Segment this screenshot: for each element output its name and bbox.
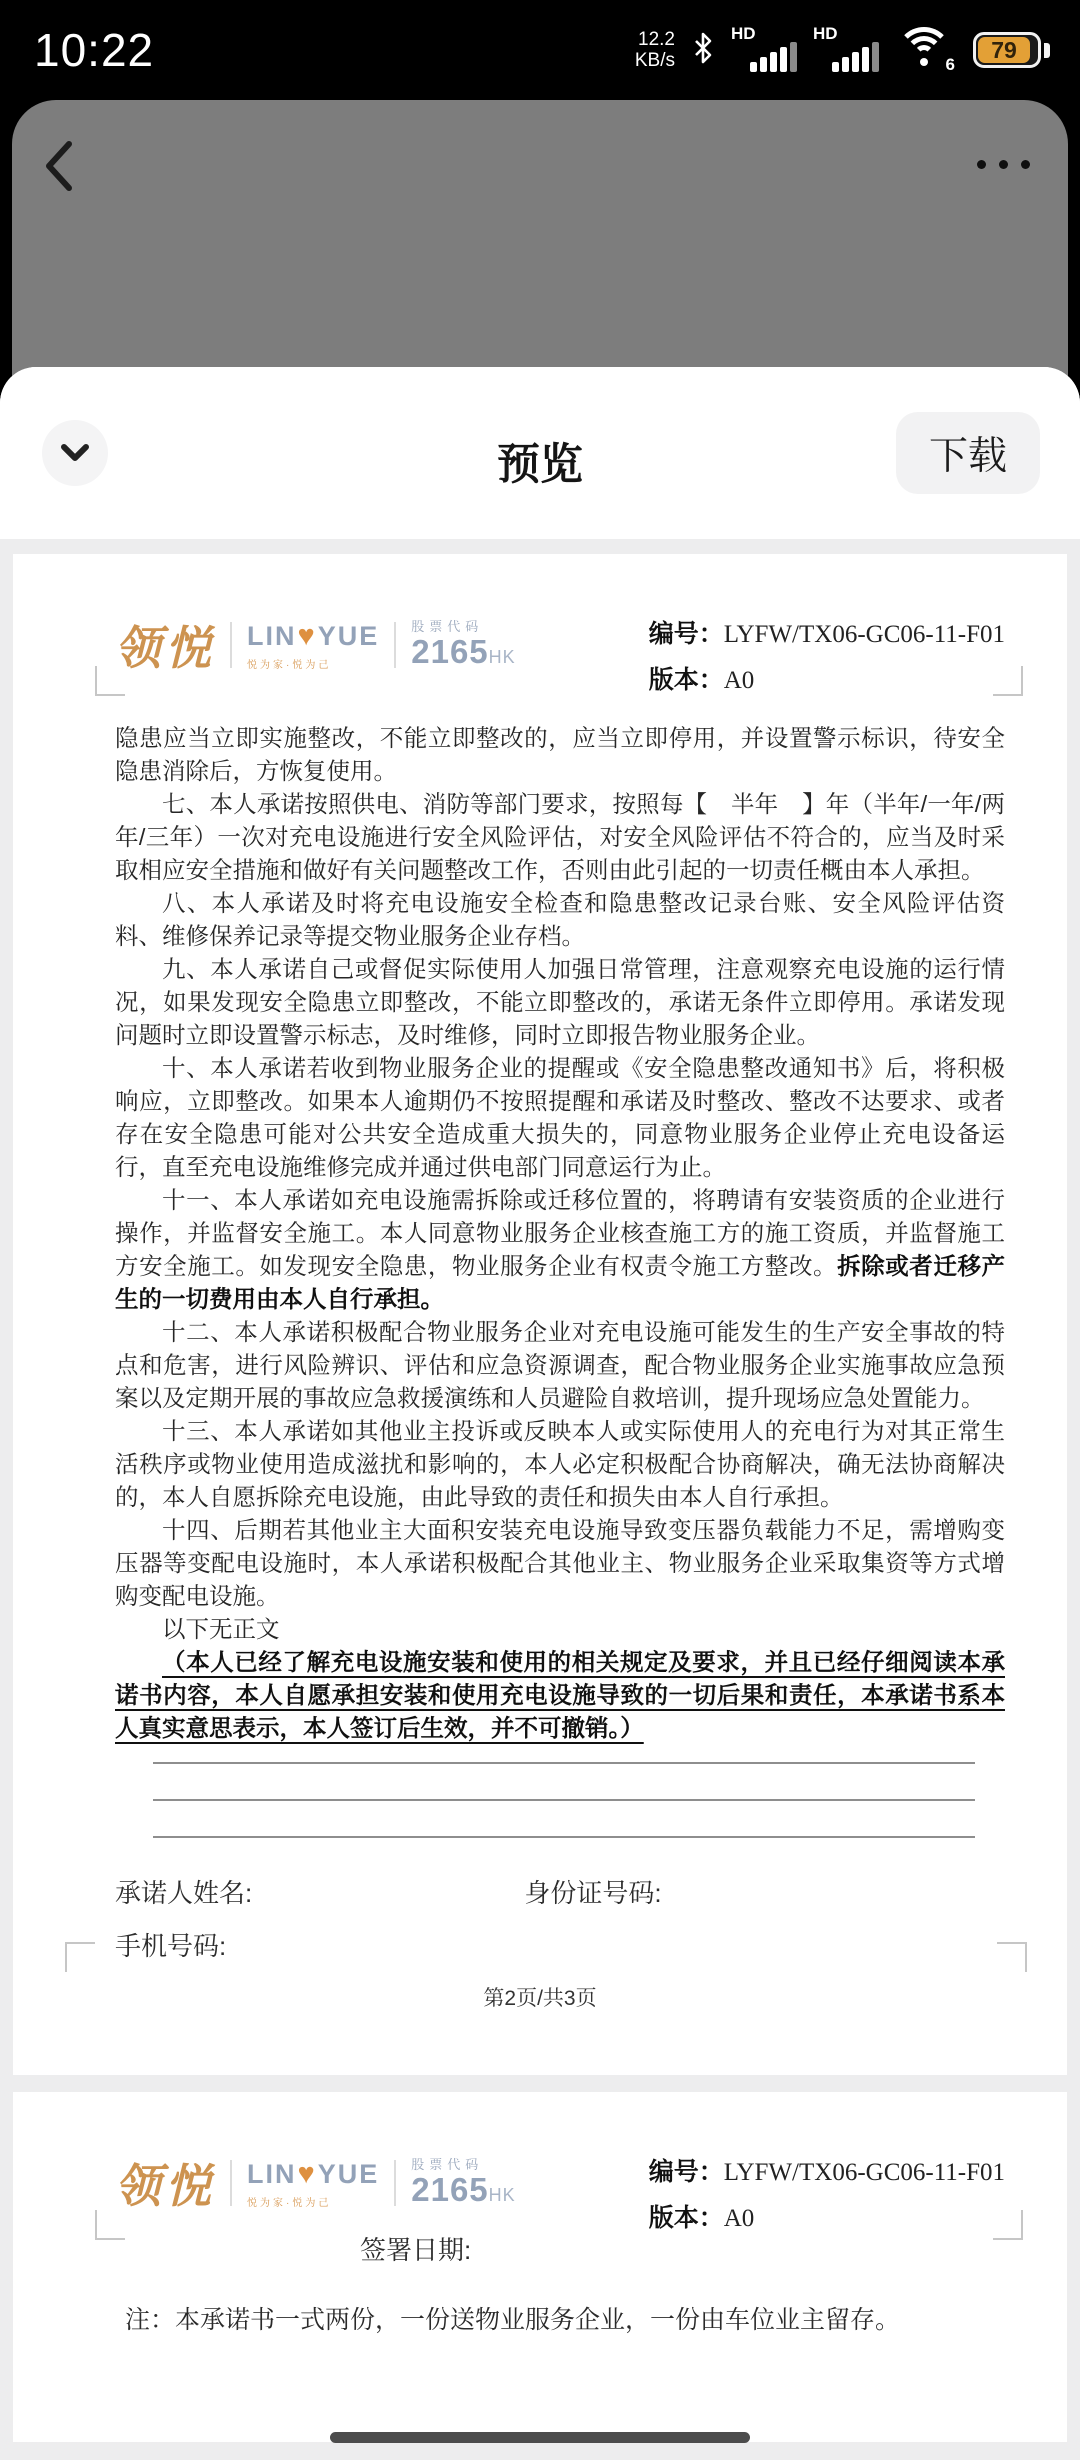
lingyue-logo: 领悦 LIN♥YUE 悦为家·悦为己 股票代码 2165HK <box>115 2150 516 2216</box>
home-indicator-bar[interactable] <box>330 2432 750 2443</box>
doc-version-label: 版本： <box>649 2198 724 2234</box>
signature-line <box>153 1836 975 1838</box>
sim1-signal-bars <box>750 42 797 72</box>
id-number-label: 身份证号码: <box>524 1873 661 1910</box>
doc-paragraph: 隐患应当立即实施整改，不能立即整改的，应当立即停用，并设置警示标识，待安全隐患消… <box>115 722 1005 788</box>
clock: 10:22 <box>34 23 154 77</box>
doc-paragraph: 十一、本人承诺如充电设施需拆除或迁移位置的，将聘请有安装资质的企业进行操作，并监… <box>115 1184 1005 1316</box>
stock-code-block: 股票代码 2165HK <box>411 2154 515 2212</box>
doc-meta: 编号：LYFW/TX06-GC06-11-F01 版本：A0 <box>649 612 1005 706</box>
doc-letterhead: 领悦 LIN♥YUE 悦为家·悦为己 股票代码 2165HK 编 <box>115 612 1005 706</box>
crop-mark <box>997 1942 1027 1972</box>
doc-letterhead: 领悦 LIN♥YUE 悦为家·悦为己 股票代码 2165HK 编 <box>115 2150 1005 2244</box>
signature-line <box>153 1762 975 1764</box>
doc-body-text: 隐患应当立即实施整改，不能立即整改的，应当立即停用，并设置警示标识，待安全隐患消… <box>115 722 1005 1745</box>
status-icons: 12.2 KB/s HD HD 6 <box>635 23 1050 77</box>
network-speed: 12.2 KB/s <box>635 29 675 71</box>
crop-mark <box>95 666 125 696</box>
back-button[interactable] <box>42 136 90 196</box>
declaration-clause: （本人已经了解充电设施安装和使用的相关规定及要求，并且已经仔细阅读本承诺书内容，… <box>115 1646 1005 1745</box>
sheet-header: 预览 下载 <box>0 367 1080 539</box>
signature-block: 承诺人姓名: 身份证号码: 手机号码: <box>115 1762 1005 1963</box>
doc-paragraph: 十、本人承诺若收到物业服务企业的提醒或《安全隐患整改通知书》后，将积极响应，立即… <box>115 1052 1005 1184</box>
heart-icon: ♥ <box>297 620 318 653</box>
logo-tagline: 悦为家·悦为己 <box>247 656 379 671</box>
doc-paragraph: 十四、后期若其他业主大面积安装充电设施导致变压器负载能力不足，需增购变压器等变配… <box>115 1514 1005 1613</box>
ellipsis-dot <box>999 160 1008 169</box>
doc-paragraph: 十三、本人承诺如其他业主投诉或反映本人或实际使用人的充电行为对其正常生活秩序或物… <box>115 1415 1005 1514</box>
battery-icon: 79 <box>973 32 1050 68</box>
more-options-button[interactable] <box>977 160 1030 169</box>
doc-version-value: A0 <box>724 667 755 695</box>
crop-mark <box>95 2210 125 2240</box>
signature-line <box>153 1799 975 1801</box>
sign-date-label: 签署日期: <box>360 2230 471 2267</box>
logo-chinese-wordmark: 领悦 <box>115 612 215 678</box>
logo-chinese-wordmark: 领悦 <box>115 2150 215 2216</box>
status-bar: 10:22 12.2 KB/s HD HD <box>0 0 1080 94</box>
sim2-hd-badge: HD <box>813 24 838 44</box>
page-number: 第2页/共3页 <box>13 1982 1067 2012</box>
promiser-name-label: 承诺人姓名: <box>115 1873 524 1910</box>
wifi6-badge: 6 <box>946 55 955 75</box>
sim2-signal-icon: HD <box>813 23 879 77</box>
sim2-signal-bars <box>832 42 879 72</box>
logo-divider <box>230 622 232 668</box>
phone-screen: 10:22 12.2 KB/s HD HD <box>0 0 1080 2460</box>
crop-mark <box>993 666 1023 696</box>
lingyue-logo: 领悦 LIN♥YUE 悦为家·悦为己 股票代码 2165HK <box>115 612 516 678</box>
logo-tagline: 悦为家·悦为己 <box>247 2194 379 2209</box>
doc-paragraph: 十二、本人承诺积极配合物业服务企业对充电设施可能发生的生产安全事故的特点和危害，… <box>115 1316 1005 1415</box>
logo-english-wordmark: LIN♥YUE <box>247 620 379 653</box>
closing-line: 以下无正文 <box>115 1613 1005 1646</box>
dimmed-background-page <box>12 100 1068 380</box>
sim1-hd-badge: HD <box>731 24 756 44</box>
doc-paragraph: 九、本人承诺自己或督促实际使用人加强日常管理，注意观察充电设施的运行情况，如果发… <box>115 953 1005 1052</box>
heart-icon: ♥ <box>297 2158 318 2191</box>
logo-divider <box>394 622 396 668</box>
download-button[interactable]: 下载 <box>896 412 1040 494</box>
copies-note: 注：本承诺书一式两份，一份送物业服务企业，一份由车位业主留存。 <box>125 2300 900 2336</box>
bluetooth-icon <box>691 31 715 70</box>
logo-english-wordmark: LIN♥YUE <box>247 2158 379 2191</box>
network-speed-unit: KB/s <box>635 50 675 71</box>
document-page: 领悦 LIN♥YUE 悦为家·悦为己 股票代码 2165HK 编 <box>13 554 1067 2075</box>
doc-number-label: 编号： <box>649 614 724 650</box>
preview-bottom-sheet: 预览 下载 领悦 LIN♥YUE 悦为家·悦为己 <box>0 367 1080 2460</box>
document-page: 领悦 LIN♥YUE 悦为家·悦为己 股票代码 2165HK 编 <box>13 2092 1067 2442</box>
download-label: 下载 <box>929 425 1007 481</box>
doc-meta: 编号：LYFW/TX06-GC06-11-F01 版本：A0 <box>649 2150 1005 2244</box>
doc-number-value: LYFW/TX06-GC06-11-F01 <box>724 621 1005 649</box>
phone-number-label: 手机号码: <box>115 1931 226 1961</box>
doc-number-value: LYFW/TX06-GC06-11-F01 <box>724 2159 1005 2187</box>
ellipsis-dot <box>1021 160 1030 169</box>
wifi-icon: 6 <box>895 25 957 75</box>
battery-percent: 79 <box>991 37 1017 64</box>
doc-paragraph: 七、本人承诺按照供电、消防等部门要求，按照每【 半年 】年（半年/一年/两年/三… <box>115 788 1005 887</box>
back-chevron-icon <box>42 139 74 193</box>
logo-divider <box>230 2160 232 2206</box>
doc-version-value: A0 <box>724 2205 755 2233</box>
network-speed-value: 12.2 <box>635 29 675 50</box>
ellipsis-dot <box>977 160 986 169</box>
doc-version-label: 版本： <box>649 660 724 696</box>
doc-paragraph: 八、本人承诺及时将充电设施安全检查和隐患整改记录台账、安全风险评估资料、维修保养… <box>115 887 1005 953</box>
crop-mark <box>993 2210 1023 2240</box>
logo-divider <box>394 2160 396 2206</box>
crop-mark <box>65 1942 95 1972</box>
document-preview-scroll-area[interactable]: 领悦 LIN♥YUE 悦为家·悦为己 股票代码 2165HK 编 <box>0 539 1080 2460</box>
sim1-signal-icon: HD <box>731 23 797 77</box>
stock-code-block: 股票代码 2165HK <box>411 616 515 674</box>
doc-number-label: 编号： <box>649 2152 724 2188</box>
